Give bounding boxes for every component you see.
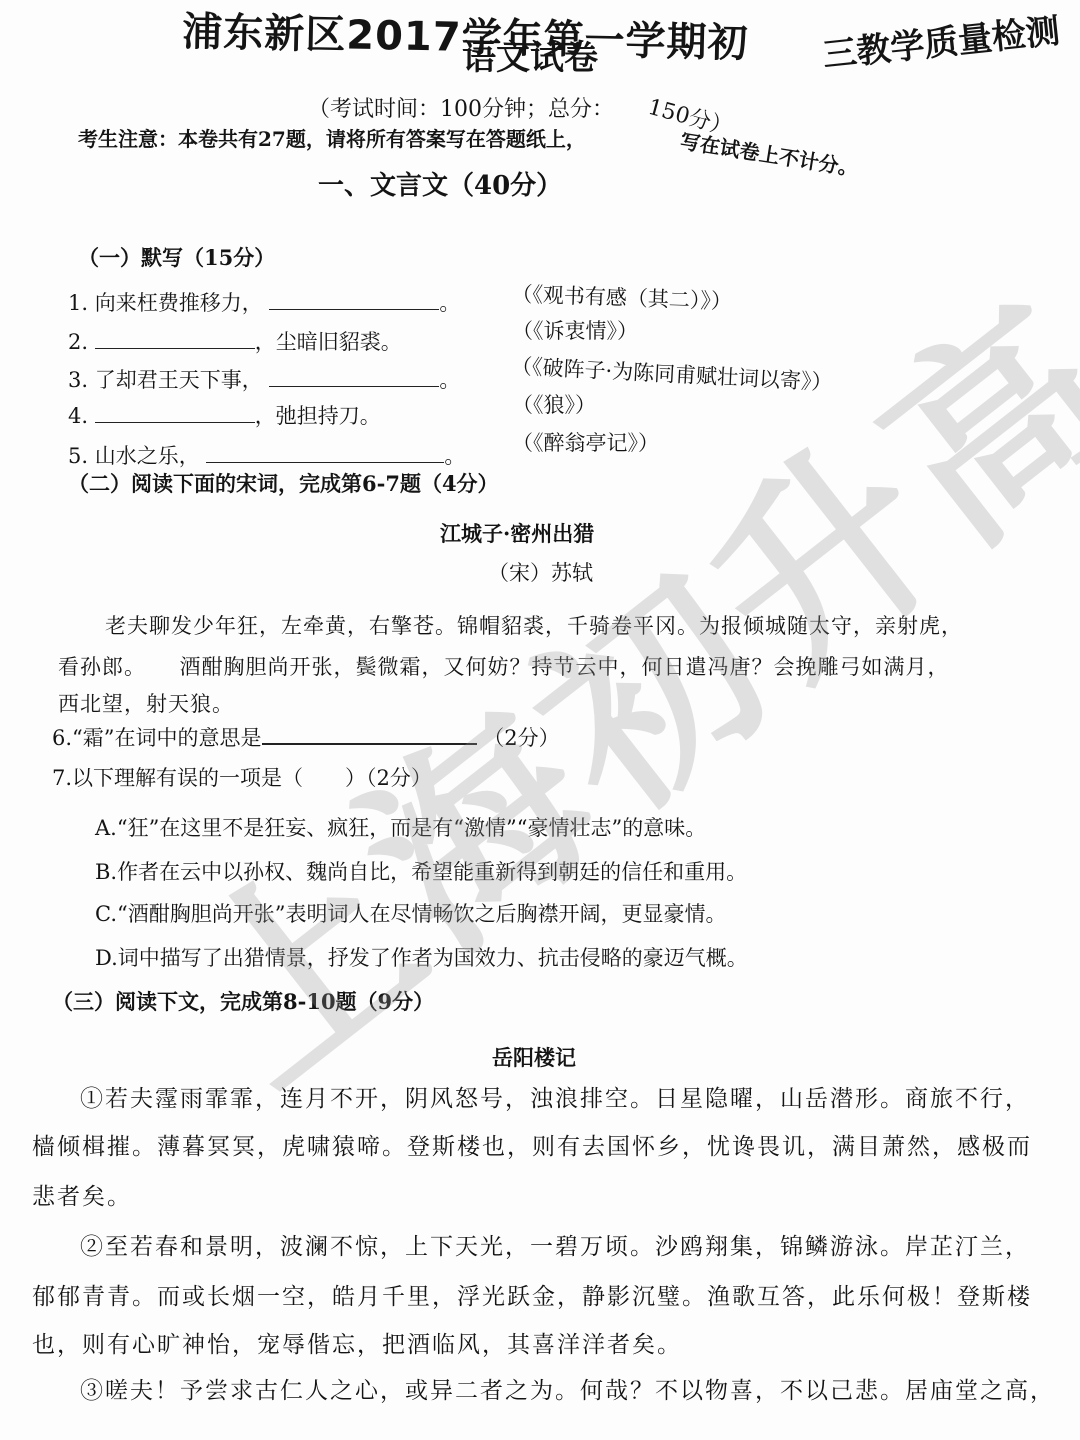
exam-title-subject: 语文试卷 (462, 30, 598, 79)
essay-line-5: 郁郁青青。而或长烟一空，皓月千里，浮光跃金，静影沉璧。渔歌互答，此乐何极！登斯楼 (32, 1278, 1032, 1311)
exam-meta: （考试时间：100分钟；总分： (308, 92, 614, 123)
answer-blank[interactable] (206, 444, 444, 463)
essay-line-4: ②至若春和景明，波澜不惊，上下天光，一碧万顷。沙鸥翔集，锦鳞游泳。岸芷汀兰， (80, 1228, 1030, 1261)
dictation-source-2: （《诉衷情》） (512, 315, 638, 345)
item-number: 5. (68, 444, 88, 468)
question-6-score: （2分） (483, 726, 559, 750)
item-number: 4. (68, 404, 88, 428)
item-number: 2. (68, 330, 88, 354)
section-heading: 一、文言文（40分） (318, 165, 562, 202)
dictation-item-1: 1. 向来枉费推移力， 。 (68, 287, 460, 317)
dictation-item-2: 2. ，尘暗旧貂裘。 (68, 326, 402, 356)
answer-blank[interactable] (269, 291, 439, 310)
option-a[interactable]: A.“狂”在这里不是狂妄、疯狂，而是有“激情”“豪情壮志”的意味。 (95, 812, 706, 842)
item-text: 山水之乐， (95, 444, 200, 468)
exam-notice: 考生注意：本卷共有27题，请将所有答案写在答题纸上， (78, 123, 586, 152)
option-b[interactable]: B.作者在云中以孙权、魏尚自比，希望能重新得到朝廷的信任和重用。 (95, 856, 747, 886)
answer-blank[interactable] (269, 368, 439, 387)
option-d[interactable]: D.词中描写了出猎情景，抒发了作者为国效力、抗击侵略的豪迈气概。 (95, 942, 748, 972)
dictation-source-4: （《狼》） (512, 389, 596, 419)
part1-heading: （一）默写（15分） (78, 242, 275, 272)
item-text-after: 。 (439, 291, 460, 315)
essay-line-7: ③嗟夫！予尝求古仁人之心，或异二者之为。何哉？不以物喜，不以己悲。居庙堂之高， (80, 1372, 1055, 1405)
essay-title: 岳阳楼记 (492, 1042, 576, 1072)
answer-blank[interactable] (262, 725, 477, 745)
essay-line-3: 悲者矣。 (32, 1178, 132, 1211)
exam-page: 浦东新区2017学年第一学期初 三教学质量检测 语文试卷 （考试时间：100分钟… (0, 0, 1080, 1440)
essay-line-6: 也，则有心旷神怡，宠辱偕忘，把酒临风，其喜洋洋者矣。 (32, 1326, 682, 1359)
item-text: 向来枉费推移力， (95, 291, 263, 315)
option-c[interactable]: C.“酒酣胸胆尚开张”表明词人在尽情畅饮之后胸襟开阔，更显豪情。 (95, 898, 726, 928)
item-number: 1. (68, 291, 88, 315)
item-text-after: 。 (444, 444, 465, 468)
part2-heading: （二）阅读下面的宋词，完成第6-7题（4分） (68, 468, 499, 498)
exam-notice-curl: 写在试卷上不计分。 (678, 125, 860, 182)
question-6: 6.“霜”在词中的意思是 （2分） (52, 722, 560, 752)
part3-heading: （三）阅读下文，完成第8-10题（9分） (52, 986, 434, 1016)
answer-blank[interactable] (95, 330, 255, 349)
poem-author: （宋）苏轼 (488, 557, 593, 587)
poem-line-1: 老夫聊发少年狂，左牵黄，右擎苍。锦帽貂裘，千骑卷平冈。为报倾城随太守，亲射虎， (105, 610, 963, 640)
item-number: 3. (68, 368, 88, 392)
item-text-after: 。 (439, 368, 460, 392)
item-text-after: ，弛担持刀。 (255, 404, 381, 428)
item-text-after: ，尘暗旧貂裘。 (255, 330, 402, 354)
question-7: 7.以下理解有误的一项是（ ）（2分） (52, 762, 432, 792)
dictation-item-4: 4. ，弛担持刀。 (68, 400, 381, 430)
answer-blank[interactable] (95, 404, 255, 423)
dictation-item-3: 3. 了却君王天下事， 。 (68, 364, 460, 394)
dictation-item-5: 5. 山水之乐， 。 (68, 440, 465, 470)
dictation-source-1: （《观书有感（其二）》） (511, 278, 732, 316)
essay-line-1: ①若夫霪雨霏霏，连月不开，阴风怒号，浊浪排空。日星隐曜，山岳潜形。商旅不行， (80, 1080, 1030, 1113)
exam-title-curl: 三教学质量检测 (820, 3, 1062, 77)
item-text: 了却君王天下事， (95, 368, 263, 392)
dictation-source-5: （《醉翁亭记》） (512, 427, 659, 457)
question-6-text: 6.“霜”在词中的意思是 (52, 726, 262, 750)
essay-line-2: 樯倾楫摧。薄暮冥冥，虎啸猿啼。登斯楼也，则有去国怀乡，忧谗畏讥，满目萧然，感极而 (32, 1128, 1032, 1161)
poem-line-2: 看孙郎。 酒酣胸胆尚开张，鬓微霜，又何妨？持节云中，何日遣冯唐？会挽雕弓如满月， (58, 651, 950, 681)
poem-line-3: 西北望，射天狼。 (58, 688, 234, 718)
poem-title: 江城子·密州出猎 (440, 518, 594, 548)
